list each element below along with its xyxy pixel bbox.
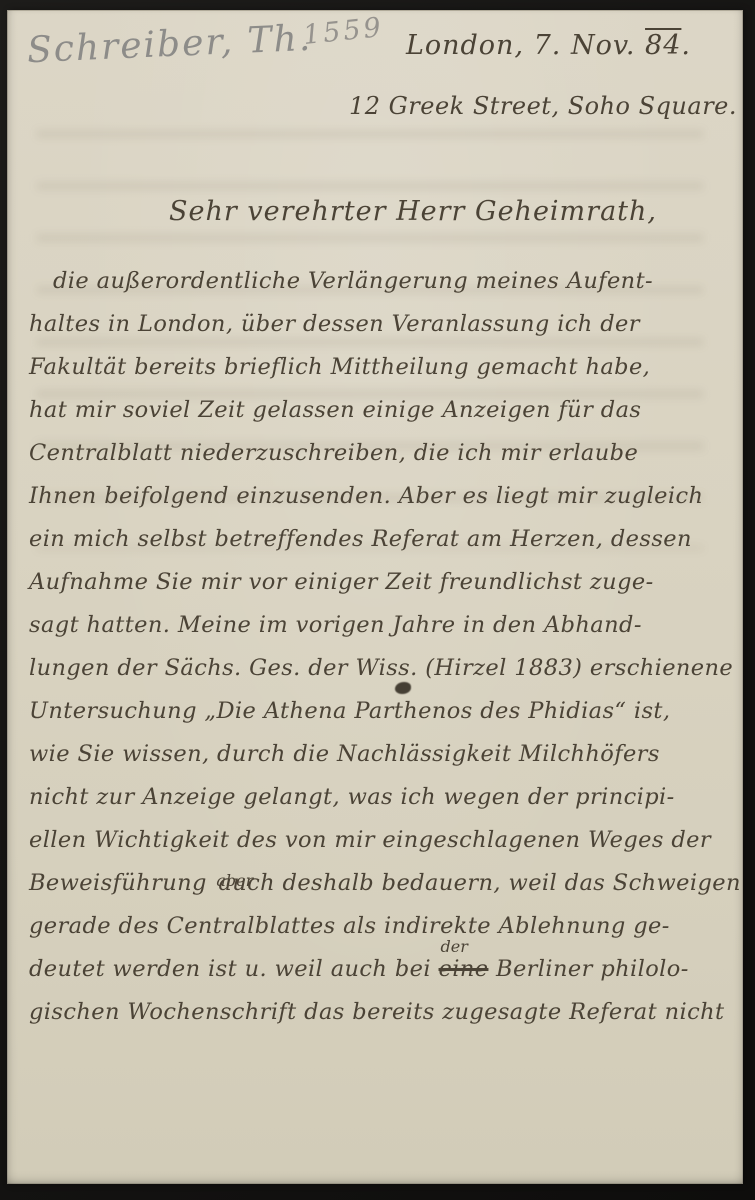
letter-line: ein mich selbst betreffendes Referat am … bbox=[29, 518, 729, 561]
dateline-place-date: London, 7. Nov. bbox=[406, 30, 645, 61]
letter-line: Untersuchung „Die Athena Parthenos des P… bbox=[29, 690, 729, 733]
letter-line: lungen der Sächs. Ges. der Wiss. (Hirzel… bbox=[29, 647, 729, 690]
letter-line: haltes in London, über dessen Veranlassu… bbox=[29, 303, 729, 346]
letter-line: nicht zur Anzeige gelangt, was ich wegen… bbox=[29, 776, 729, 819]
letter-line: hat mir soviel Zeit gelassen einige Anze… bbox=[29, 389, 729, 432]
dateline: London, 7. Nov. 84. bbox=[406, 30, 691, 61]
archive-number-annotation: 1559 bbox=[302, 12, 386, 51]
dateline-year: 84 bbox=[645, 30, 681, 61]
letter-line: Centralblatt niederzuschreiben, die ich … bbox=[29, 432, 729, 475]
letter-line: Aufnahme Sie mir vor einiger Zeit freund… bbox=[29, 561, 729, 604]
letter-line: gerade des Centralblattes als indirekte … bbox=[29, 905, 729, 948]
letter-line: deutet werden ist u. weil auch bei eined… bbox=[29, 948, 729, 991]
letter-body: die außerordentliche Verlängerung meines… bbox=[29, 260, 729, 1034]
letter-line: Beweisführung aberauch deshalb bedauern,… bbox=[29, 862, 729, 905]
letter-line: die außerordentliche Verlängerung meines… bbox=[29, 260, 729, 303]
letter-line: Ihnen beifolgend einzusenden. Aber es li… bbox=[29, 475, 729, 518]
address-line: 12 Greek Street, Soho Square. bbox=[349, 92, 737, 120]
letter-line: gischen Wochenschrift das bereits zugesa… bbox=[29, 991, 729, 1034]
letter-line: Fakultät bereits brieflich Mittheilung g… bbox=[29, 346, 729, 389]
inserted-word: der bbox=[441, 939, 468, 955]
dateline-period: . bbox=[681, 30, 691, 61]
salutation: Sehr verehrter Herr Geheimrath, bbox=[169, 196, 657, 227]
letter-line: wie Sie wissen, durch die Nachlässigkeit… bbox=[29, 733, 729, 776]
letter-line: ellen Wichtigkeit des von mir eingeschla… bbox=[29, 819, 729, 862]
inserted-word: aber bbox=[216, 873, 253, 889]
archivist-name-annotation: Schreiber, Th. bbox=[26, 18, 313, 71]
letter-line: sagt hatten. Meine im vorigen Jahre in d… bbox=[29, 604, 729, 647]
letter-page: Schreiber, Th. 1559 London, 7. Nov. 84. … bbox=[7, 10, 743, 1184]
struck-word: eineder bbox=[439, 956, 489, 982]
